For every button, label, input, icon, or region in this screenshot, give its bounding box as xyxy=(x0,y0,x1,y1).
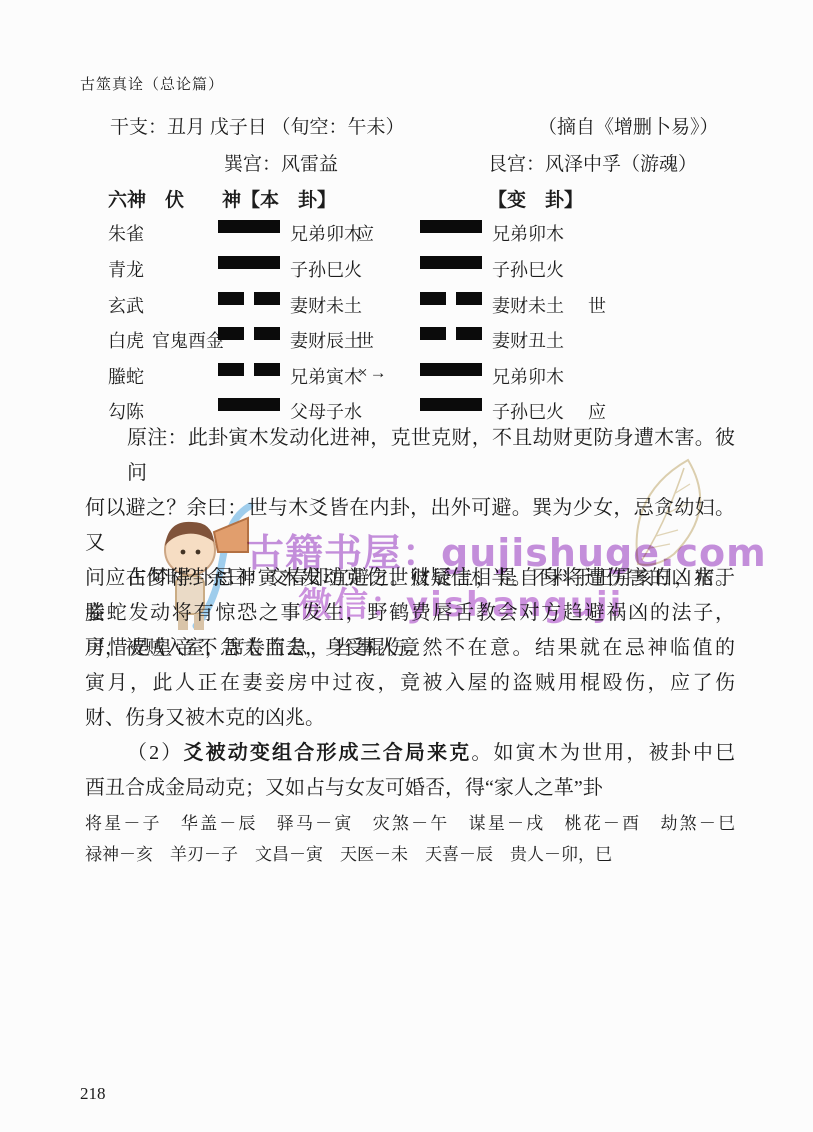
paragraph-line: 财、伤身又被木克的凶兆。 xyxy=(85,701,735,736)
hexagram-row: 朱雀 兄弟卯木 应 兄弟卯木 xyxy=(0,220,813,244)
paragraph-line: 酉丑合成金局动克；又如占与女友可婚否，得“家人之革”卦 xyxy=(85,771,735,806)
line-label: 兄弟卯木 xyxy=(290,220,362,246)
watermark-wechat-text: 微信：yishanguji xyxy=(298,577,623,626)
line-label: 兄弟卯木 xyxy=(492,363,564,389)
line-label: 子孙巳火 xyxy=(492,256,564,282)
source-citation: （摘自《增删卜易》） xyxy=(538,112,719,139)
running-header: 古筮真诠（总论篇） xyxy=(80,73,224,94)
hexagram-line-icon xyxy=(420,363,482,376)
paragraph-line: 可惜是皇帝不急太监急，当事人竟然不在意。结果就在忌神临值的 xyxy=(85,631,735,666)
six-god-label: 朱雀 xyxy=(108,220,144,246)
moving-line-marker: ×→ xyxy=(358,363,389,383)
hexagram-line-icon xyxy=(420,256,482,269)
point-text: 。如寅木为世用，被卦中巳 xyxy=(471,742,735,764)
six-god-label: 玄武 xyxy=(108,292,144,318)
hexagram-line-icon xyxy=(218,292,280,305)
line-label: 兄弟寅木 xyxy=(290,363,362,389)
changed-hexagram-palace: 艮宫：风泽中孚（游魂） xyxy=(488,149,697,176)
hexagram-line-icon xyxy=(420,292,482,305)
hexagram-row: 白虎 官鬼酉金 妻财辰土 世 妻财丑土 xyxy=(0,327,813,351)
fortune-stars-line: 禄神－亥 羊刃－子 文昌－寅 天医－未 天喜－辰 贵人－卯，巳 xyxy=(85,839,735,870)
hexagram-row: 勾陈 父母子水 子孙巳火 应 xyxy=(0,398,813,422)
line-label: 妻财未土 xyxy=(492,292,564,318)
point-heading: 爻被动变组合形成三合局来克 xyxy=(183,742,471,764)
point-number: （2） xyxy=(127,742,183,764)
hexagram-line-icon xyxy=(218,256,280,269)
line-label: 兄弟卯木 xyxy=(492,220,564,246)
hexagram-row: 螣蛇 兄弟寅木 ×→ 兄弟卯木 xyxy=(0,363,813,387)
fortune-stars-line: 将星－子 华盖－辰 驿马－寅 灾煞－午 谋星－戌 桃花－酉 劫煞－巳 xyxy=(85,808,735,839)
hexagram-line-icon xyxy=(420,327,482,340)
page-number: 218 xyxy=(80,1084,106,1104)
six-god-label: 螣蛇 xyxy=(108,363,144,389)
original-hexagram-palace: 巽宫：风雷益 xyxy=(224,149,338,176)
hexagram-line-icon xyxy=(218,398,280,411)
paragraph-line: 原注：此卦寅木发动化进神，克世克财，不且劫财更防身遭木害。彼问 xyxy=(85,421,735,491)
paragraph-numbered-point: （2）爻被动变组合形成三合局来克。如寅木为世用，被卦中巳 酉丑合成金局动克；又如… xyxy=(85,736,735,806)
shi-ying-marker: 应 xyxy=(356,220,374,246)
hexagram-line-icon xyxy=(420,220,482,233)
paragraph-line: （2）爻被动变组合形成三合局来克。如寅木为世用，被卦中巳 xyxy=(85,736,735,771)
hexagram-row: 玄武 妻财未土 妻财未土 世 xyxy=(0,292,813,316)
ganzhi-date-line: 干支：丑月 戊子日 （旬空：午未） xyxy=(110,112,405,139)
paragraph-line: 寅月，此人正在妻妾房中过夜，竟被入屋的盗贼用棍殴伤，应了伤 xyxy=(85,666,735,701)
line-label: 妻财未土 xyxy=(290,292,362,318)
hexagram-line-icon xyxy=(218,363,280,376)
shi-ying-marker: 世 xyxy=(356,327,374,353)
watermark-site-text: 古籍书屋：gujishuge.com xyxy=(246,522,767,577)
column-header-left: 六神 伏 神【本 卦】 xyxy=(108,185,336,212)
hexagram-row: 青龙 子孙巳火 子孙巳火 xyxy=(0,256,813,280)
six-god-label: 青龙 xyxy=(108,256,144,282)
hidden-spirit-label: 官鬼酉金 xyxy=(152,327,224,353)
six-god-label: 白虎 xyxy=(108,327,144,353)
hexagram-line-icon xyxy=(218,220,280,233)
hexagram-line-icon xyxy=(218,327,280,340)
line-label: 妻财丑土 xyxy=(492,327,564,353)
fortune-stars-block: 将星－子 华盖－辰 驿马－寅 灾煞－午 谋星－戌 桃花－酉 劫煞－巳 禄神－亥 … xyxy=(85,808,735,870)
hexagram-line-icon xyxy=(420,398,482,411)
line-label: 妻财辰土 xyxy=(290,327,362,353)
line-label: 子孙巳火 xyxy=(290,256,362,282)
book-page: 古筮真诠（总论篇） 干支：丑月 戊子日 （旬空：午未） （摘自《增删卜易》） 巽… xyxy=(0,0,813,1132)
column-header-right: 【变 卦】 xyxy=(488,185,583,212)
shi-ying-marker: 世 xyxy=(588,292,606,318)
